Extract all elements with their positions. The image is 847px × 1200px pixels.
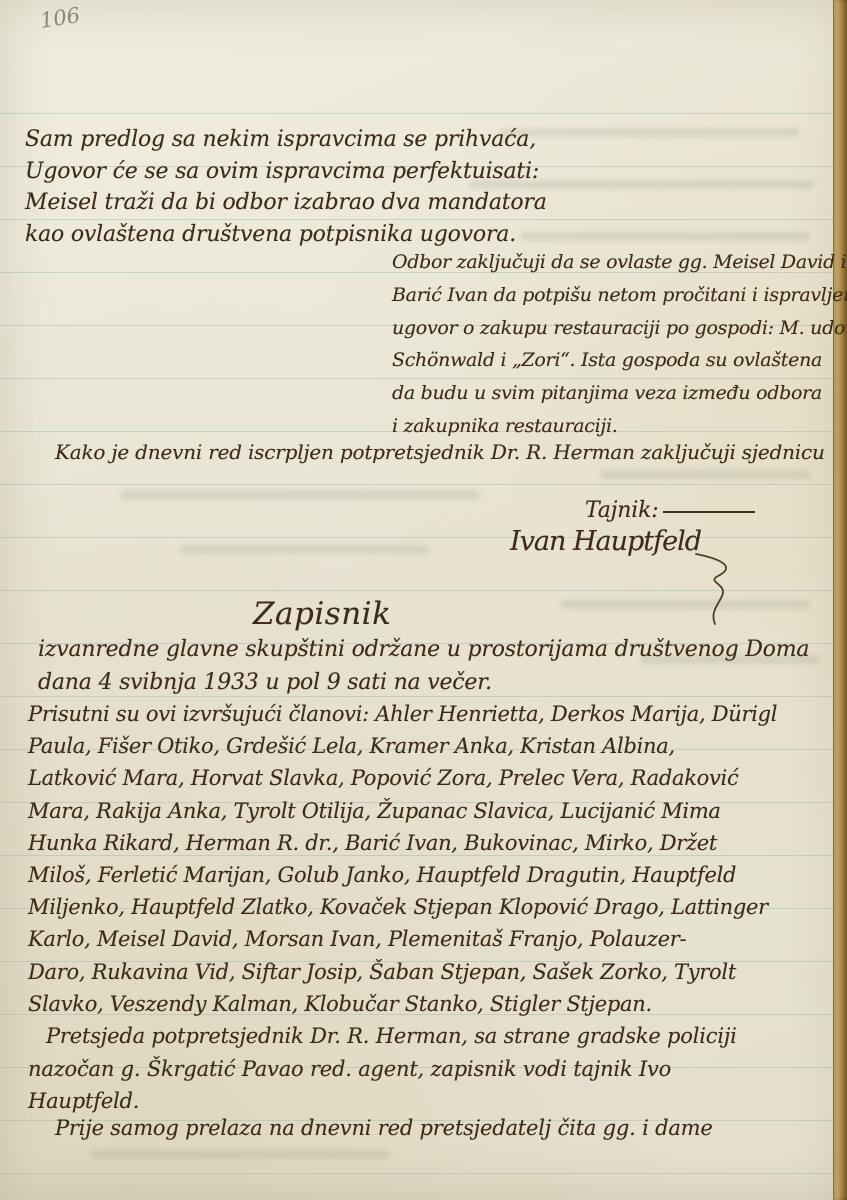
ink-bleedthrough [180, 545, 430, 554]
manuscript-line: ugovor o zakupu restauraciji po gospodi:… [392, 312, 847, 345]
manuscript-line: nazočan g. Škrgatić Pavao red. agent, za… [28, 1053, 737, 1086]
signature-rule [663, 511, 755, 513]
manuscript-line: Miljenko, Hauptfeld Zlatko, Kovaček Stje… [28, 891, 777, 923]
manuscript-line: Paula, Fišer Otiko, Grdešić Lela, Kramer… [28, 730, 777, 762]
manuscript-line: izvanredne glavne skupštini održane u pr… [38, 634, 809, 667]
manuscript-line: Odbor zaključuji da se ovlaste gg. Meise… [392, 246, 847, 279]
signature-flourish [688, 550, 748, 630]
minutes-heading: Zapisnik [253, 596, 391, 632]
secretary-label: Tajnik: [585, 498, 658, 523]
agenda-note-line: Prije samog prelaza na dnevni red pretsj… [55, 1116, 713, 1140]
manuscript-line: Pretsjeda potpretsjednik Dr. R. Herman, … [46, 1020, 737, 1053]
ink-bleedthrough [520, 232, 810, 241]
manuscript-line: da budu u svim pitanjima veza između odb… [392, 377, 847, 410]
attendees-paragraph: Prisutni su ovi izvršujući članovi: Ahle… [28, 698, 777, 1020]
manuscript-line: Karlo, Meisel David, Morsan Ivan, Plemen… [28, 923, 777, 955]
manuscript-line: i zakupnika restauraciji. [392, 410, 847, 443]
opening-paragraph: Sam predlog sa nekim ispravcima se prihv… [25, 124, 547, 250]
manuscript-line: Latković Mara, Horvat Slavka, Popović Zo… [28, 762, 777, 794]
manuscript-line: Mara, Rakija Anka, Tyrolt Otilija, Župan… [28, 795, 777, 827]
secretary-label-row: Tajnik: [585, 498, 755, 523]
ink-bleedthrough [560, 600, 810, 609]
manuscript-line: dana 4 svibnja 1933 u pol 9 sati na veče… [38, 667, 809, 700]
session-intro-paragraph: izvanredne glavne skupštini održane u pr… [38, 634, 809, 699]
resolution-paragraph: Odbor zaključuji da se ovlaste gg. Meise… [392, 246, 847, 443]
secretary-signature: Ivan Hauptfeld [510, 526, 701, 557]
manuscript-line: Ugovor će se sa ovim ispravcima perfektu… [25, 156, 547, 188]
manuscript-line: Hunka Rikard, Herman R. dr., Barić Ivan,… [28, 827, 777, 859]
manuscript-line: Slavko, Veszendy Kalman, Klobučar Stanko… [28, 988, 777, 1020]
manuscript-line: Prisutni su ovi izvršujući članovi: Ahle… [28, 698, 777, 730]
ink-bleedthrough [600, 470, 810, 479]
manuscript-line: Sam predlog sa nekim ispravcima se prihv… [25, 124, 547, 156]
manuscript-line: Miloš, Ferletić Marijan, Golub Janko, Ha… [28, 859, 777, 891]
ink-bleedthrough [90, 1150, 390, 1159]
closing-line: Kako je dnevni red iscrpljen potpretsjed… [55, 440, 825, 464]
presiding-paragraph: Pretsjeda potpretsjednik Dr. R. Herman, … [28, 1020, 737, 1118]
manuscript-line: Hauptfeld. [28, 1085, 737, 1118]
book-page-edges [833, 0, 847, 1200]
manuscript-line: Schönwald i „Zori“. Ista gospoda su ovla… [392, 344, 847, 377]
page-number: 106 [38, 3, 81, 33]
manuscript-line: Barić Ivan da potpišu netom pročitani i … [392, 279, 847, 312]
ink-bleedthrough [120, 490, 480, 499]
manuscript-line: Meisel traži da bi odbor izabrao dva man… [25, 187, 547, 219]
manuscript-line: Daro, Rukavina Vid, Siftar Josip, Šaban … [28, 956, 777, 988]
manuscript-page: 106 Sam predlog sa nekim ispravcima se p… [0, 0, 847, 1200]
